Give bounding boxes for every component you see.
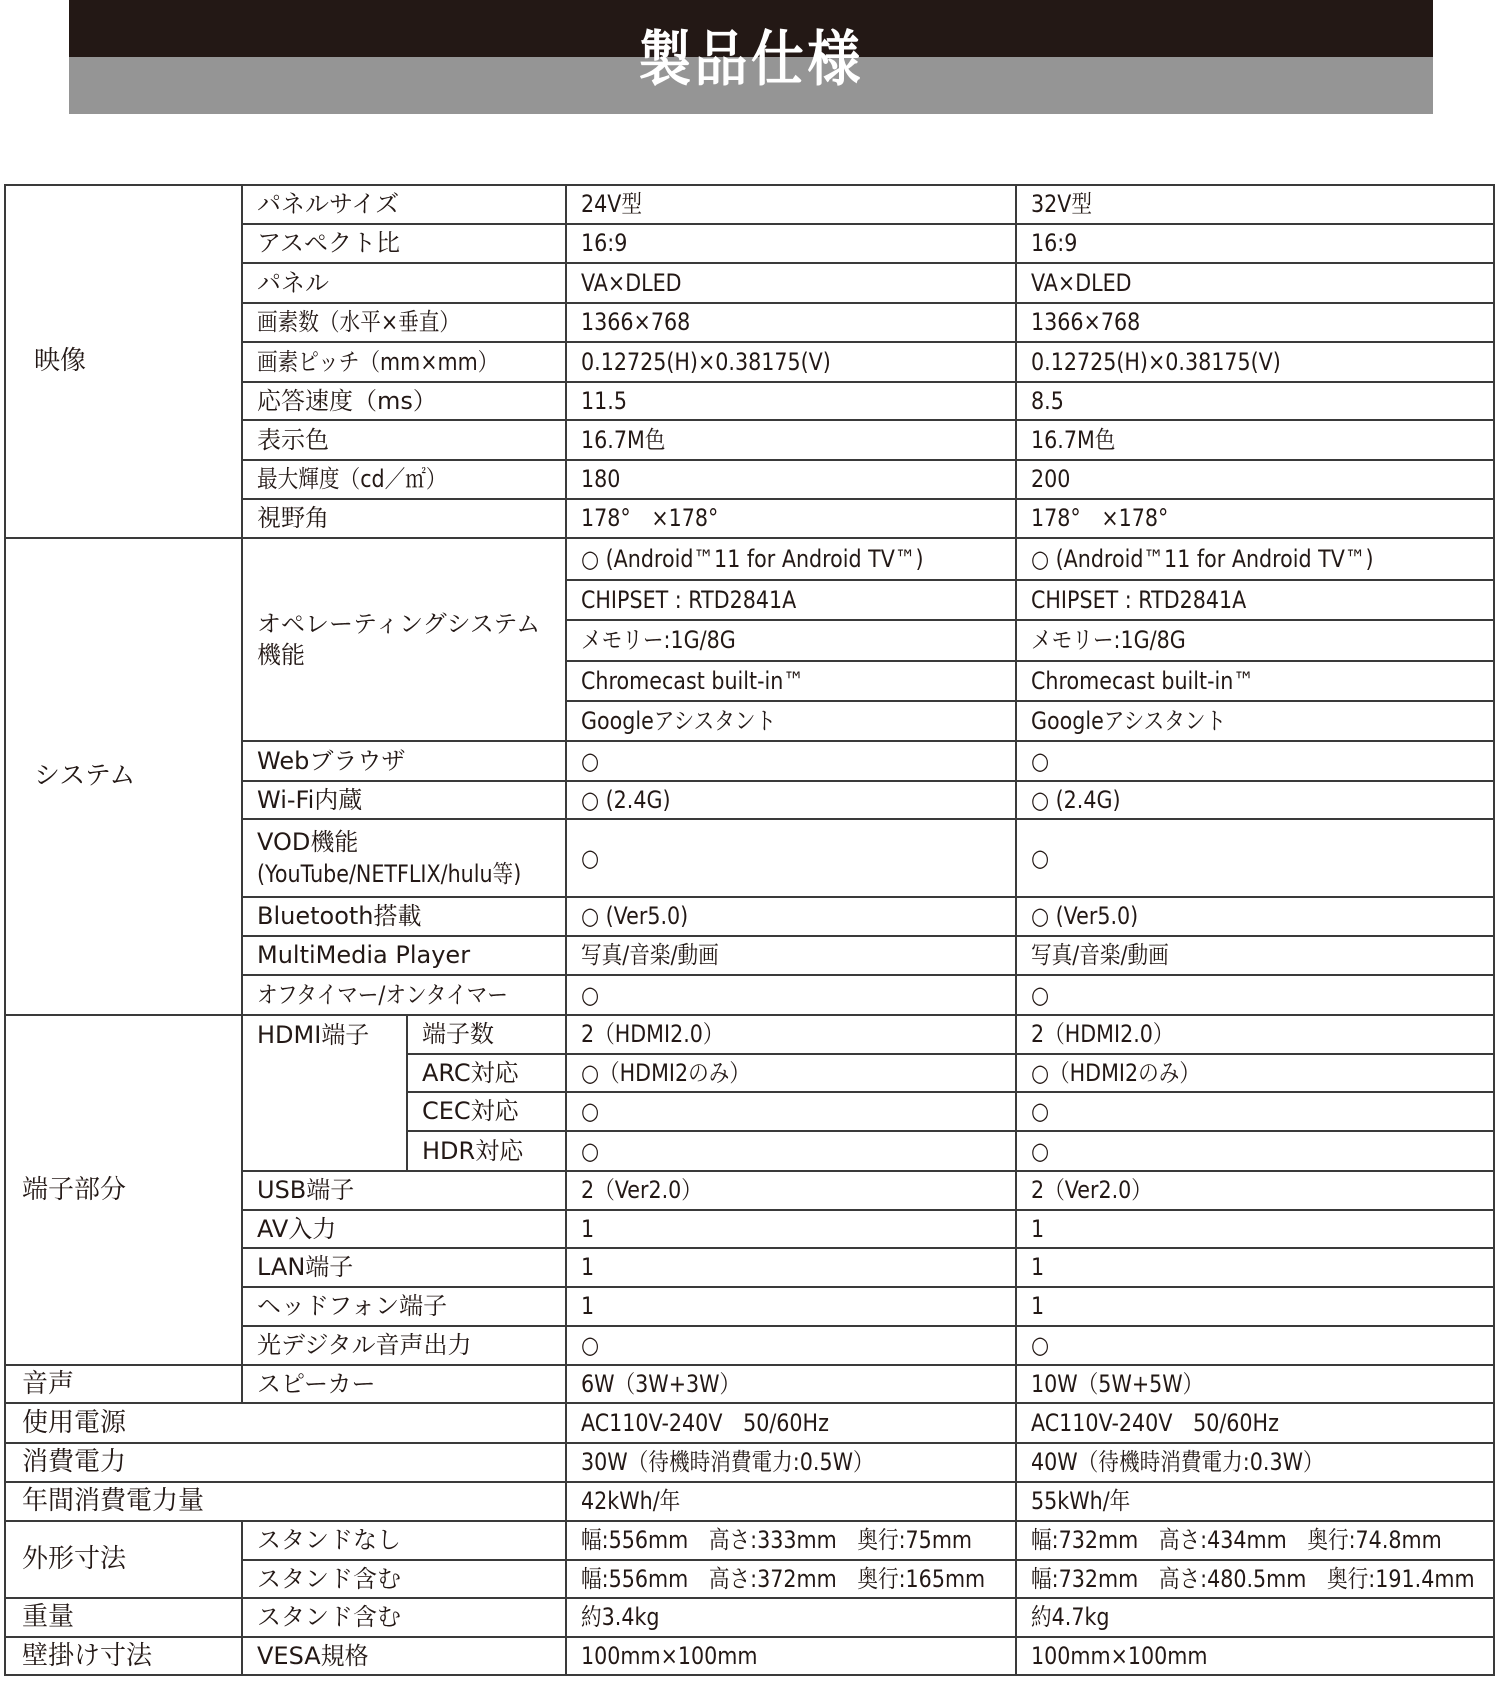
spec-value-24: 0.12725(H)×0.38175(V) <box>566 342 1016 382</box>
spec-label: 画素数（水平×垂直） <box>242 303 566 342</box>
spec-value-32: ○ <box>1016 741 1494 781</box>
spec-value-32: 8.5 <box>1016 382 1494 420</box>
spec-value-24: ○ (Android™11 for Android TV™) <box>566 538 1016 580</box>
spec-value-24: ○ <box>566 819 1016 897</box>
hdmi-sub-label: 端子数 <box>407 1015 566 1054</box>
spec-value-32: 2（HDMI2.0） <box>1016 1015 1494 1054</box>
spec-label: ヘッドフォン端子 <box>242 1287 566 1326</box>
spec-value-32: CHIPSET : RTD2841A <box>1016 580 1494 620</box>
os-label-line2: 機能 <box>257 642 565 668</box>
spec-value-24: 180 <box>566 460 1016 499</box>
spec-value-32: ○ <box>1016 975 1494 1015</box>
spec-value-32: 200 <box>1016 460 1494 499</box>
table-row: 端子部分 HDMI端子 端子数 2（HDMI2.0） 2（HDMI2.0） <box>5 1015 1494 1054</box>
spec-value-32: 100mm×100mm <box>1016 1637 1494 1675</box>
category-wall-mount: 壁掛け寸法 <box>5 1637 242 1675</box>
spec-value-32: ○（HDMI2のみ） <box>1016 1054 1494 1092</box>
spec-value-32: ○ <box>1016 1326 1494 1365</box>
spec-value-32: 0.12725(H)×0.38175(V) <box>1016 342 1494 382</box>
spec-label: パネルサイズ <box>242 185 566 224</box>
table-row: 重量 スタンド含む 約3.4kg 約4.7kg <box>5 1598 1494 1637</box>
hdmi-sub-label: HDR対応 <box>407 1131 566 1171</box>
table-row: 音声 スピーカー 6W（3W+3W） 10W（5W+5W） <box>5 1365 1494 1403</box>
spec-value-24: ○ <box>566 975 1016 1015</box>
spec-value-24: 100mm×100mm <box>566 1637 1016 1675</box>
spec-value-32: 32V型 <box>1016 185 1494 224</box>
category-power-source: 使用電源 <box>5 1403 566 1443</box>
title-banner: 製品仕様 <box>69 0 1433 114</box>
spec-value-24: 約3.4kg <box>566 1598 1016 1637</box>
spec-value-24: メモリー:1G/8G <box>566 620 1016 661</box>
spec-value-24: 幅:556mm 高さ:333mm 奥行:75mm <box>566 1521 1016 1560</box>
spec-value-32: 幅:732mm 高さ:480.5mm 奥行:191.4mm <box>1016 1560 1494 1598</box>
spec-value-24: Googleアシスタント <box>566 701 1016 741</box>
spec-value-24: 1366×768 <box>566 303 1016 342</box>
spec-value-32: 幅:732mm 高さ:434mm 奥行:74.8mm <box>1016 1521 1494 1560</box>
spec-label: USB端子 <box>242 1171 566 1210</box>
spec-label: スタンドなし <box>242 1521 566 1560</box>
category-ports: 端子部分 <box>5 1015 242 1365</box>
spec-value-24: 30W（待機時消費電力:0.5W） <box>566 1443 1016 1482</box>
category-annual-power: 年間消費電力量 <box>5 1482 566 1521</box>
spec-value-24: CHIPSET : RTD2841A <box>566 580 1016 620</box>
table-row: システム オペレーティングシステム 機能 ○ (Android™11 for A… <box>5 538 1494 580</box>
spec-value-32: ○ <box>1016 1131 1494 1171</box>
spec-value-24: VA×DLED <box>566 263 1016 303</box>
spec-value-24: 11.5 <box>566 382 1016 420</box>
spec-value-32: ○ (Ver5.0) <box>1016 897 1494 936</box>
spec-value-24: 1 <box>566 1287 1016 1326</box>
spec-label: 視野角 <box>242 499 566 538</box>
spec-value-24: ○ <box>566 1092 1016 1131</box>
spec-label: オフタイマー/オンタイマー <box>242 975 566 1015</box>
spec-value-32: 1 <box>1016 1248 1494 1287</box>
spec-label: 光デジタル音声出力 <box>242 1326 566 1365</box>
spec-label: アスペクト比 <box>242 224 566 263</box>
spec-value-24: 178° ×178° <box>566 499 1016 538</box>
spec-value-32: ○ (2.4G) <box>1016 781 1494 819</box>
table-row: 年間消費電力量 42kWh/年 55kWh/年 <box>5 1482 1494 1521</box>
spec-label: VESA規格 <box>242 1637 566 1675</box>
page-title: 製品仕様 <box>151 20 1351 100</box>
vod-label-line2: (YouTube/NETFLIX/hulu等) <box>257 861 565 887</box>
spec-value-32: 1 <box>1016 1287 1494 1326</box>
spec-label: Webブラウザ <box>242 741 566 781</box>
table-row: 外形寸法 スタンドなし 幅:556mm 高さ:333mm 奥行:75mm 幅:7… <box>5 1521 1494 1560</box>
category-dimensions: 外形寸法 <box>5 1521 242 1598</box>
spec-value-32: VA×DLED <box>1016 263 1494 303</box>
spec-value-24: 幅:556mm 高さ:372mm 奥行:165mm <box>566 1560 1016 1598</box>
spec-value-24: 24V型 <box>566 185 1016 224</box>
table-row: 壁掛け寸法 VESA規格 100mm×100mm 100mm×100mm <box>5 1637 1494 1675</box>
spec-value-24: AC110V-240V 50/60Hz <box>566 1403 1016 1443</box>
spec-label: 画素ピッチ（mm×mm） <box>242 342 566 382</box>
table-row: 使用電源 AC110V-240V 50/60Hz AC110V-240V 50/… <box>5 1403 1494 1443</box>
spec-value-32: 16:9 <box>1016 224 1494 263</box>
spec-label: スタンド含む <box>242 1560 566 1598</box>
spec-value-24: ○ (Ver5.0) <box>566 897 1016 936</box>
spec-value-32: 10W（5W+5W） <box>1016 1365 1494 1403</box>
category-power-consumption: 消費電力 <box>5 1443 566 1482</box>
spec-label: 表示色 <box>242 420 566 460</box>
spec-value-32: ○ <box>1016 819 1494 897</box>
spec-value-32: Chromecast built-in™ <box>1016 661 1494 701</box>
spec-value-24: ○ <box>566 1326 1016 1365</box>
spec-value-24: ○ <box>566 1131 1016 1171</box>
spec-label: スピーカー <box>242 1365 566 1403</box>
spec-label: 最大輝度（cd／㎡） <box>242 460 566 499</box>
spec-value-24: ○ (2.4G) <box>566 781 1016 819</box>
hdmi-group-label: HDMI端子 <box>242 1015 407 1171</box>
spec-value-32: 写真/音楽/動画 <box>1016 936 1494 975</box>
spec-value-24: 1 <box>566 1248 1016 1287</box>
spec-value-32: 1 <box>1016 1210 1494 1248</box>
spec-value-24: 6W（3W+3W） <box>566 1365 1016 1403</box>
spec-table: 映像 パネルサイズ 24V型 32V型 アスペクト比 16:9 16:9 パネル… <box>4 184 1495 1676</box>
spec-label: 応答速度（ms） <box>242 382 566 420</box>
spec-value-32: 約4.7kg <box>1016 1598 1494 1637</box>
spec-value-32: Googleアシスタント <box>1016 701 1494 741</box>
spec-label: Wi-Fi内蔵 <box>242 781 566 819</box>
spec-value-32: 178° ×178° <box>1016 499 1494 538</box>
spec-value-24: 2（HDMI2.0） <box>566 1015 1016 1054</box>
hdmi-sub-label: CEC対応 <box>407 1092 566 1131</box>
spec-value-32: 1366×768 <box>1016 303 1494 342</box>
spec-value-32: メモリー:1G/8G <box>1016 620 1494 661</box>
spec-value-24: 16:9 <box>566 224 1016 263</box>
spec-value-24: ○ <box>566 741 1016 781</box>
spec-label: Bluetooth搭載 <box>242 897 566 936</box>
category-weight: 重量 <box>5 1598 242 1637</box>
category-video: 映像 <box>5 185 242 538</box>
spec-value-24: 写真/音楽/動画 <box>566 936 1016 975</box>
spec-value-32: ○ (Android™11 for Android TV™) <box>1016 538 1494 580</box>
vod-label-line1: VOD機能 <box>257 829 565 855</box>
spec-label: スタンド含む <box>242 1598 566 1637</box>
spec-label: LAN端子 <box>242 1248 566 1287</box>
spec-label: MultiMedia Player <box>242 936 566 975</box>
spec-value-32: ○ <box>1016 1092 1494 1131</box>
spec-value-24: 2（Ver2.0） <box>566 1171 1016 1210</box>
spec-label-vod: VOD機能 (YouTube/NETFLIX/hulu等) <box>242 819 566 897</box>
table-row: 消費電力 30W（待機時消費電力:0.5W） 40W（待機時消費電力:0.3W） <box>5 1443 1494 1482</box>
spec-value-32: 16.7M色 <box>1016 420 1494 460</box>
hdmi-sub-label: ARC対応 <box>407 1054 566 1092</box>
spec-value-24: 16.7M色 <box>566 420 1016 460</box>
spec-value-32: 2（Ver2.0） <box>1016 1171 1494 1210</box>
category-system: システム <box>5 538 242 1015</box>
table-row: 映像 パネルサイズ 24V型 32V型 <box>5 185 1494 224</box>
spec-label-os: オペレーティングシステム 機能 <box>242 538 566 741</box>
spec-value-24: ○（HDMI2のみ） <box>566 1054 1016 1092</box>
spec-value-32: 55kWh/年 <box>1016 1482 1494 1521</box>
category-audio: 音声 <box>5 1365 242 1403</box>
spec-value-32: 40W（待機時消費電力:0.3W） <box>1016 1443 1494 1482</box>
os-label-line1: オペレーティングシステム <box>257 611 565 637</box>
spec-value-32: AC110V-240V 50/60Hz <box>1016 1403 1494 1443</box>
spec-label: パネル <box>242 263 566 303</box>
spec-value-24: 42kWh/年 <box>566 1482 1016 1521</box>
spec-label: AV入力 <box>242 1210 566 1248</box>
spec-value-24: 1 <box>566 1210 1016 1248</box>
spec-value-24: Chromecast built-in™ <box>566 661 1016 701</box>
